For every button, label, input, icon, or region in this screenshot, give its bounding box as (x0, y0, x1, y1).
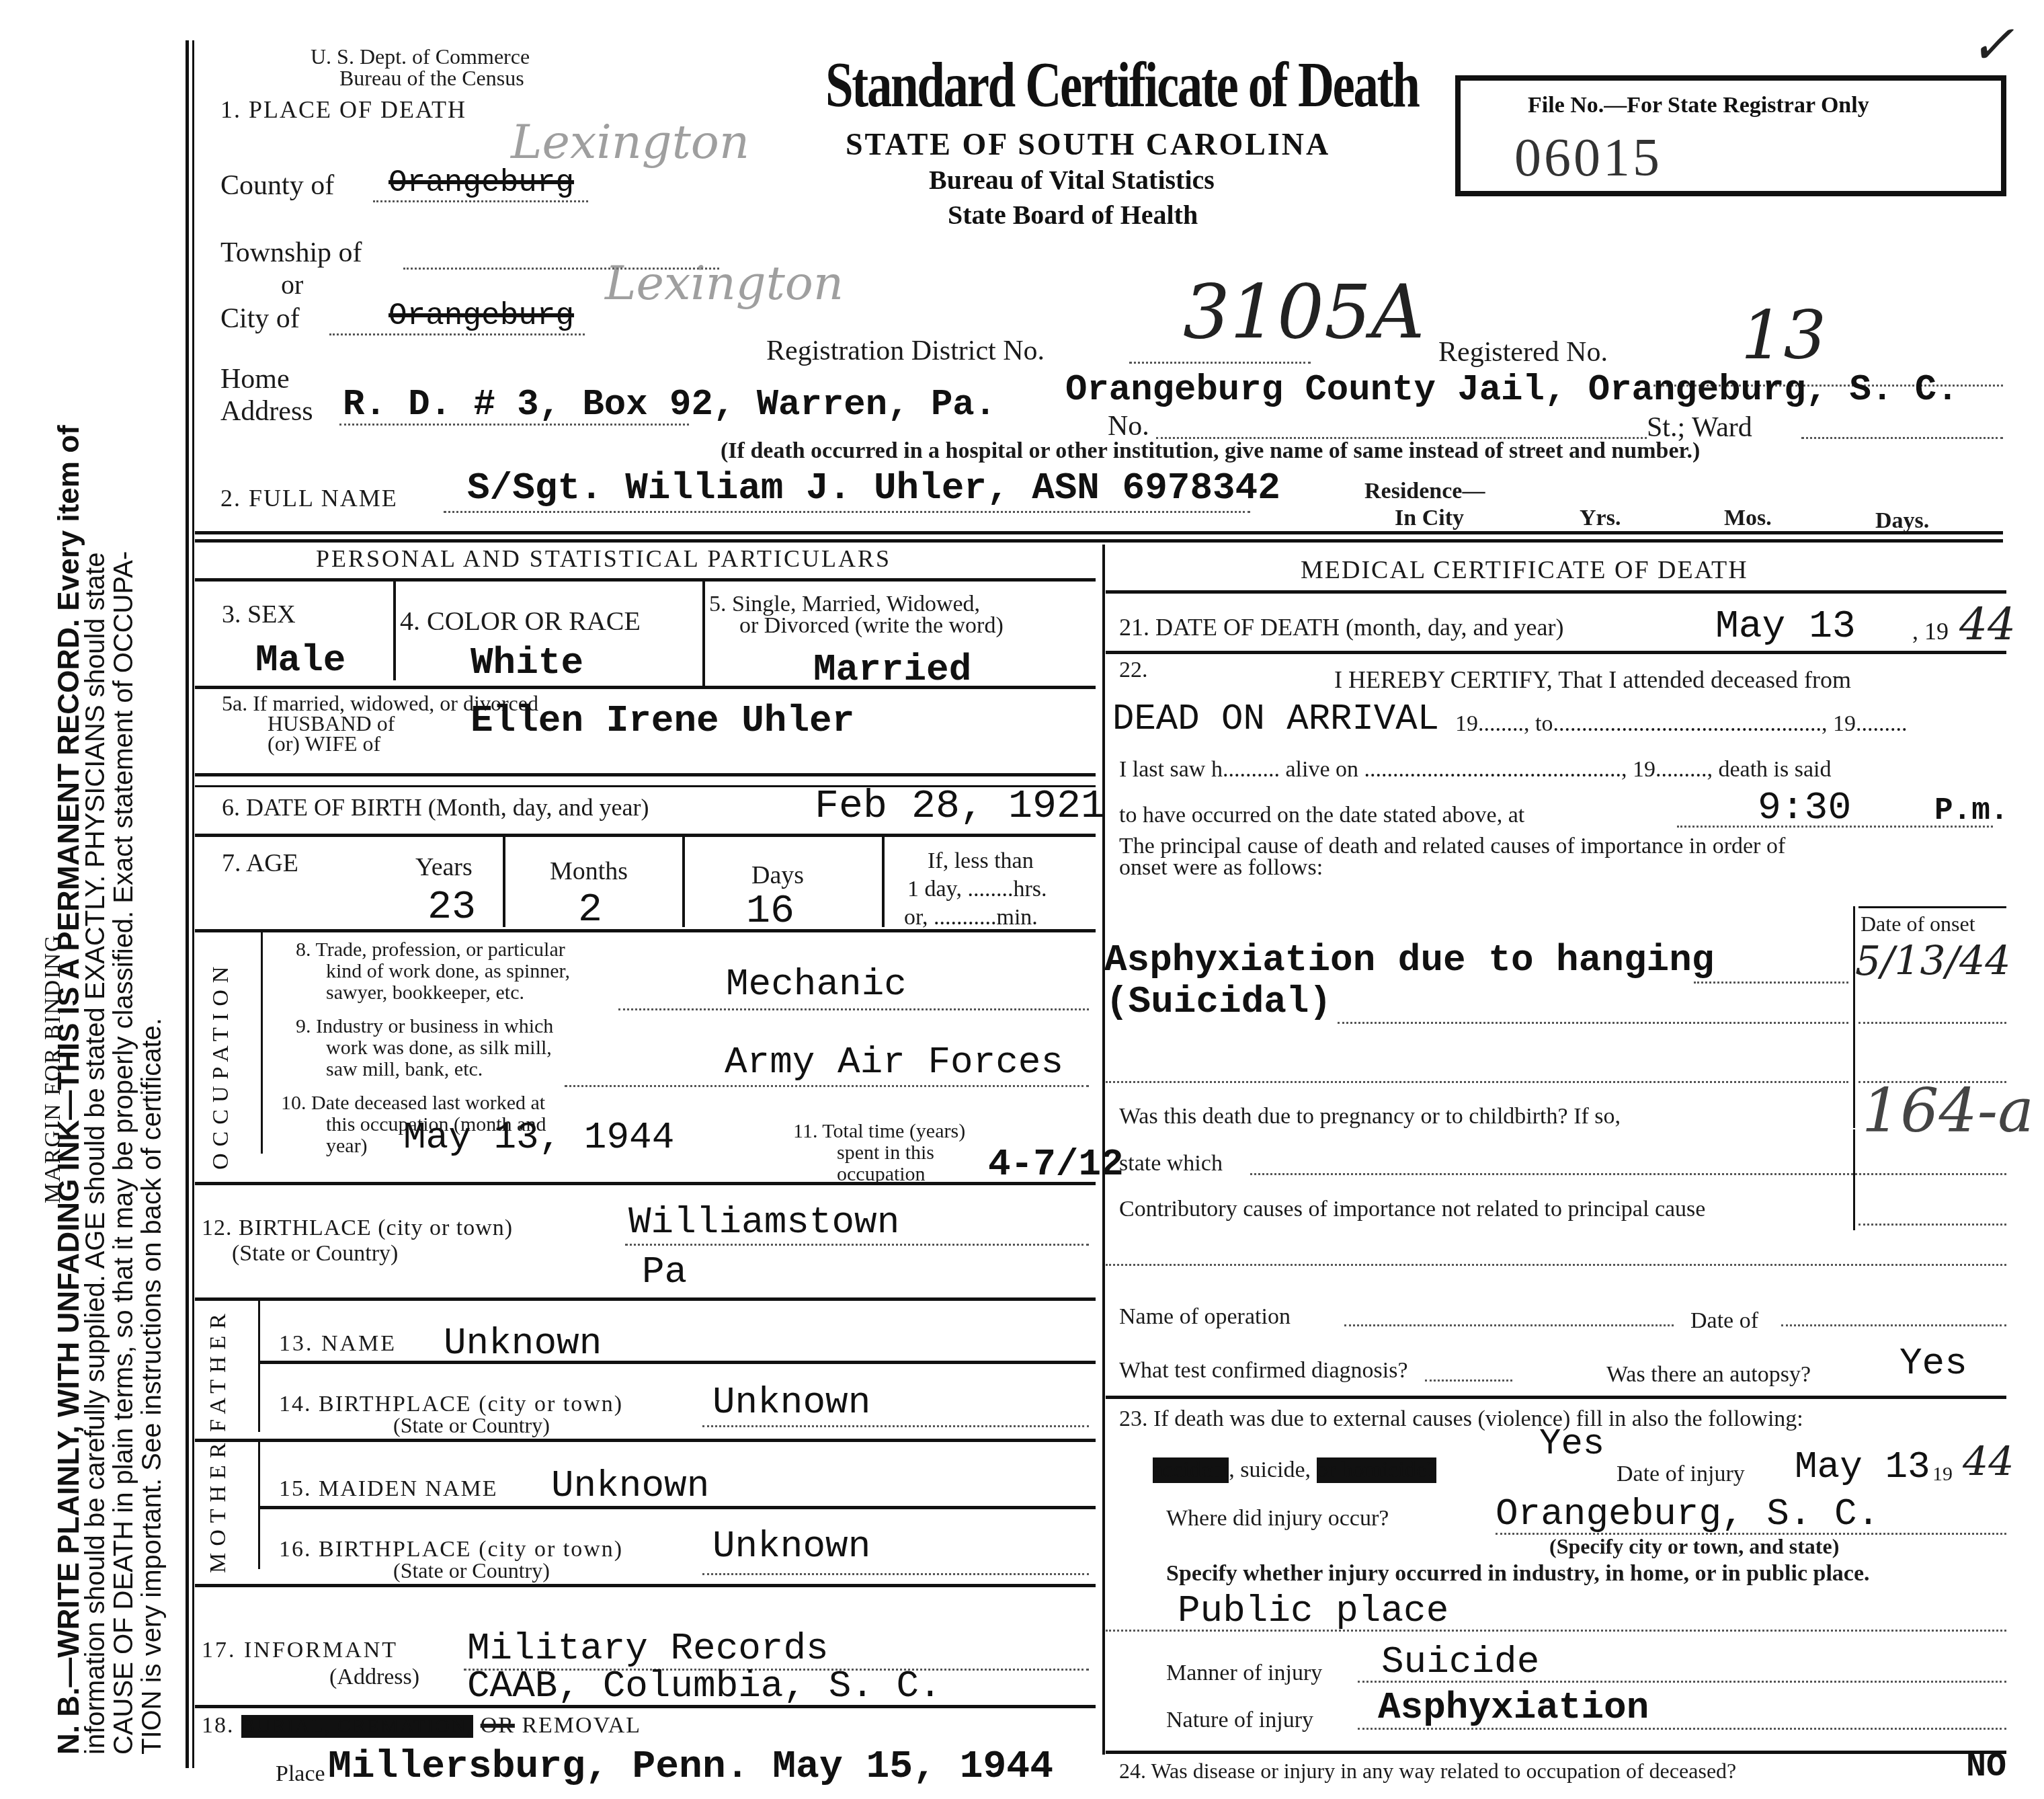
last-worked-label-3: year) (326, 1135, 368, 1158)
last-worked-value[interactable]: May 13, 1944 (403, 1116, 674, 1159)
registration-district-value[interactable]: 3105A (1183, 269, 1424, 355)
address-label: Address (220, 395, 313, 428)
divider (195, 531, 2003, 534)
less-than-day-label-3: or, ...........min. (904, 905, 1038, 930)
binding-border-inner (192, 40, 194, 1768)
street-no-label: No. (1108, 410, 1149, 442)
city-label: City of (220, 303, 300, 335)
trade-label-3: sawyer, bookkeeper, etc. (326, 982, 524, 1004)
test-label: What test confirmed diagnosis? (1119, 1358, 1408, 1384)
injury-date-label: Date of injury (1617, 1462, 1745, 1487)
total-time-label-1: 11. Total time (years) (793, 1120, 965, 1143)
birthplace-city-value[interactable]: Williamstown (628, 1201, 899, 1244)
certify-label: I HEREBY CERTIFY, That I attended deceas… (1334, 666, 1851, 694)
operation-date-field[interactable] (1781, 1324, 2006, 1326)
manner-of-injury-label: Manner of injury (1166, 1661, 1322, 1686)
hospital-note: (If death occurred in a hospital or othe… (721, 438, 1700, 464)
sex-value[interactable]: Male (255, 639, 345, 682)
occupation-related-answer[interactable]: NO (1966, 1748, 2006, 1786)
age-years-value[interactable]: 23 (427, 885, 476, 930)
race-label: 4. COLOR OR RACE (400, 605, 641, 637)
birthplace-label: 12. BIRTHLACE (city or town) (202, 1215, 513, 1241)
trade-label-2: kind of work done, as spinner, (326, 960, 570, 983)
mother-side-label: MOTHER (206, 1436, 231, 1573)
birthplace-state-label: (State or Country) (232, 1241, 398, 1267)
in-city-label: In City (1395, 506, 1464, 531)
dod-value[interactable]: May 13 (1715, 605, 1856, 649)
marital-value[interactable]: Married (813, 648, 971, 691)
ampm-value[interactable]: P.m. (1934, 793, 2008, 828)
father-side-label: FATHER (206, 1307, 231, 1432)
months-label: Months (550, 856, 628, 886)
bureau-vital-stats: Bureau of Vital Statistics (929, 164, 1215, 196)
informant-address-value[interactable]: CAAB, Columbia, S. C. (467, 1665, 942, 1708)
sex-label: 3. SEX (222, 600, 296, 629)
place-of-death-label: 1. PLACE OF DEATH (220, 95, 466, 124)
age-months-value[interactable]: 2 (578, 887, 602, 933)
cause-of-death-1[interactable]: Asphyxiation due to hanging (1104, 938, 1714, 982)
mother-birthplace-value[interactable]: Unknown (712, 1525, 870, 1568)
state-board-health: State Board of Health (948, 199, 1198, 231)
home-label: Home (220, 363, 290, 395)
birthplace-state-value[interactable]: Pa (642, 1250, 687, 1293)
spouse-value[interactable]: Ellen Irene Uhler (471, 699, 854, 742)
binding-border (186, 40, 189, 1768)
informant-label: 17. INFORMANT (202, 1638, 398, 1663)
trade-value[interactable]: Mechanic (726, 963, 907, 1006)
margin-line-4: TION is very important. See instructions… (137, 1018, 167, 1755)
manner-of-injury-value[interactable]: Suicide (1381, 1640, 1539, 1683)
county-label: County of (220, 169, 334, 202)
state-name: STATE OF SOUTH CAROLINA (846, 126, 1330, 162)
nature-of-injury-value[interactable]: Asphyxiation (1378, 1686, 1649, 1729)
bureau-census: Bureau of the Census (339, 66, 524, 91)
mother-maiden-value[interactable]: Unknown (551, 1464, 709, 1507)
injury-place-type-value[interactable]: Public place (1178, 1589, 1448, 1632)
where-injury-label: Where did injury occur? (1166, 1506, 1389, 1531)
residence-label: Residence— (1364, 479, 1485, 504)
days-label: Days (751, 861, 804, 890)
margin-line-3: CAUSE OF DEATH in plain terms, so that i… (109, 551, 139, 1755)
onset-date-1[interactable]: 5/13/44 (1855, 938, 2010, 985)
dob-value[interactable]: Feb 28, 1921 (815, 784, 1105, 830)
father-birthplace-value[interactable]: Unknown (712, 1381, 870, 1424)
file-number-value[interactable]: 06015 (1514, 128, 1662, 189)
personal-heading: PERSONAL AND STATISTICAL PARTICULARS (316, 545, 891, 573)
where-injury-value[interactable]: Orangeburg, S. C. (1496, 1492, 1879, 1535)
homicide-struck: or homicide? (1317, 1457, 1436, 1483)
informant-address-label: (Address) (329, 1665, 419, 1690)
injury-year-value[interactable]: 44 (1963, 1439, 2014, 1486)
pregnancy-label: Was this death due to pregnancy or to ch… (1119, 1104, 1621, 1129)
less-than-day-label-1: If, less than (928, 848, 1034, 874)
test-field[interactable] (1425, 1380, 1512, 1382)
burial-cremation-struck: BURIAL, CREMATION, (241, 1715, 473, 1738)
industry-label-3: saw mill, bank, etc. (326, 1058, 483, 1081)
father-birthplace-state-label: (State or Country) (393, 1413, 550, 1438)
spouse-label-3: (or) WIFE of (268, 731, 380, 756)
check-mark-icon: ✓ (1969, 13, 2014, 76)
divider (195, 539, 2003, 543)
age-label: 7. AGE (222, 848, 298, 878)
city-handwritten-value[interactable]: Lexington (605, 255, 844, 311)
contributory-label: Contributory causes of importance not re… (1119, 1197, 1705, 1222)
days-label: Days. (1875, 508, 1929, 534)
suicide-answer-value[interactable]: Yes (1539, 1424, 1604, 1465)
mos-label: Mos. (1724, 506, 1772, 531)
dod-label: 21. DATE OF DEATH (month, day, and year) (1119, 613, 1564, 641)
removal-place-value[interactable]: Millersburg, Penn. May 15, 1944 (328, 1745, 1053, 1789)
date-of-operation-label: Date of (1690, 1308, 1758, 1334)
dod-year-prefix: , 19 (1912, 617, 1949, 645)
cause-of-death-2[interactable]: (Suicidal) (1106, 980, 1332, 1023)
nature-of-injury-label: Nature of injury (1166, 1708, 1313, 1733)
cause-code-value[interactable]: 164-a (1862, 1076, 2034, 1146)
autopsy-value[interactable]: Yes (1899, 1342, 1967, 1385)
less-than-day-label-2: 1 day, ........hrs. (907, 877, 1047, 902)
mother-birthplace-state-label: (State or Country) (393, 1558, 550, 1583)
occurred-label: to have occurred on the date stated abov… (1119, 803, 1524, 828)
institution-value[interactable]: Orangeburg County Jail, Orangeburg, S. C… (1065, 370, 1959, 411)
industry-label-2: work was done, as silk mill, (326, 1037, 552, 1060)
total-time-label-2: spent in this (837, 1142, 934, 1164)
full-name-value[interactable]: S/Sgt. William J. Uhler, ASN 6978342 (467, 467, 1280, 510)
industry-label-1: 9. Industry or business in which (296, 1015, 553, 1038)
home-address-value[interactable]: R. D. # 3, Box 92, Warren, Pa. (343, 385, 996, 426)
city-struck-value[interactable]: Orangeburg (389, 298, 574, 333)
where-injury-note: (Specify city or town, and state) (1549, 1534, 1839, 1559)
certify-number: 22. (1119, 657, 1148, 683)
race-value[interactable]: White (471, 641, 583, 684)
marital-label-2: or Divorced (write the word) (739, 613, 1004, 639)
file-number-box: File No.—For State Registrar Only 06015 (1455, 75, 2006, 196)
attended-dates-line: 19........, to..........................… (1455, 711, 1907, 737)
last-saw-line: I last saw h.......... alive on ........… (1119, 757, 1832, 783)
date-of-onset-label: Date of onset (1861, 912, 1975, 936)
dob-label: 6. DATE OF BIRTH (Month, day, and year) (222, 793, 649, 822)
removal-label: 18. BURIAL, CREMATION, OR REMOVAL (202, 1713, 641, 1738)
principal-cause-label-2: onset were as follows: (1119, 855, 1323, 881)
trade-label-1: 8. Trade, profession, or particular (296, 938, 565, 961)
county-handwritten-value[interactable]: Lexington (511, 114, 749, 169)
last-worked-label-1: 10. Date deceased last worked at (281, 1092, 545, 1115)
external-causes-label: 23. If death was due to external causes … (1119, 1406, 1803, 1432)
injury-year-prefix: 19 (1932, 1463, 1953, 1486)
mother-maiden-label: 15. MAIDEN NAME (279, 1476, 498, 1502)
township-label: Township of (220, 237, 362, 269)
operation-field[interactable] (1344, 1324, 1674, 1326)
yrs-label: Yrs. (1580, 506, 1621, 531)
father-name-label: 13. NAME (279, 1331, 397, 1357)
or-label: or (281, 269, 303, 301)
registered-no-value[interactable]: 13 (1741, 296, 1826, 374)
total-time-value[interactable]: 4-7/12 (988, 1143, 1124, 1186)
accident-struck: accident (1153, 1457, 1229, 1483)
page-title: Standard Certificate of Death (825, 47, 1419, 122)
dod-year-value[interactable]: 44 (1959, 598, 2016, 650)
pregnancy-state-which-label: state which (1119, 1151, 1223, 1176)
registered-no-label: Registered No. (1438, 336, 1608, 368)
injury-place-type-label: Specify whether injury occurred in indus… (1166, 1561, 1870, 1587)
time-of-death-value[interactable]: 9:30 (1758, 787, 1851, 830)
years-label: Years (415, 852, 473, 882)
medical-heading: MEDICAL CERTIFICATE OF DEATH (1301, 555, 1748, 585)
father-name-value[interactable]: Unknown (444, 1322, 602, 1365)
operation-label: Name of operation (1119, 1304, 1291, 1330)
file-number-label: File No.—For State Registrar Only (1528, 93, 1869, 118)
occupation-related-label: 24. Was disease or injury in any way rel… (1119, 1759, 1736, 1784)
manner-options: accident, suicide, or homicide? (1153, 1457, 1436, 1483)
informant-name-value[interactable]: Military Records (467, 1627, 829, 1670)
injury-date-value[interactable]: May 13 (1795, 1445, 1930, 1488)
county-struck-value[interactable]: Orangeburg (389, 165, 574, 200)
autopsy-label: Was there an autopsy? (1606, 1362, 1811, 1388)
full-name-label: 2. FULL NAME (220, 484, 398, 512)
margin-line-2: information should be carefully supplied… (81, 553, 111, 1755)
industry-value[interactable]: Army Air Forces (725, 1041, 1063, 1084)
age-days-value[interactable]: 16 (746, 889, 794, 934)
attended-from-value[interactable]: DEAD ON ARRIVAL (1112, 699, 1439, 740)
occupation-side-label: OCCUPATION (208, 960, 234, 1170)
registration-district-label: Registration District No. (766, 335, 1045, 367)
